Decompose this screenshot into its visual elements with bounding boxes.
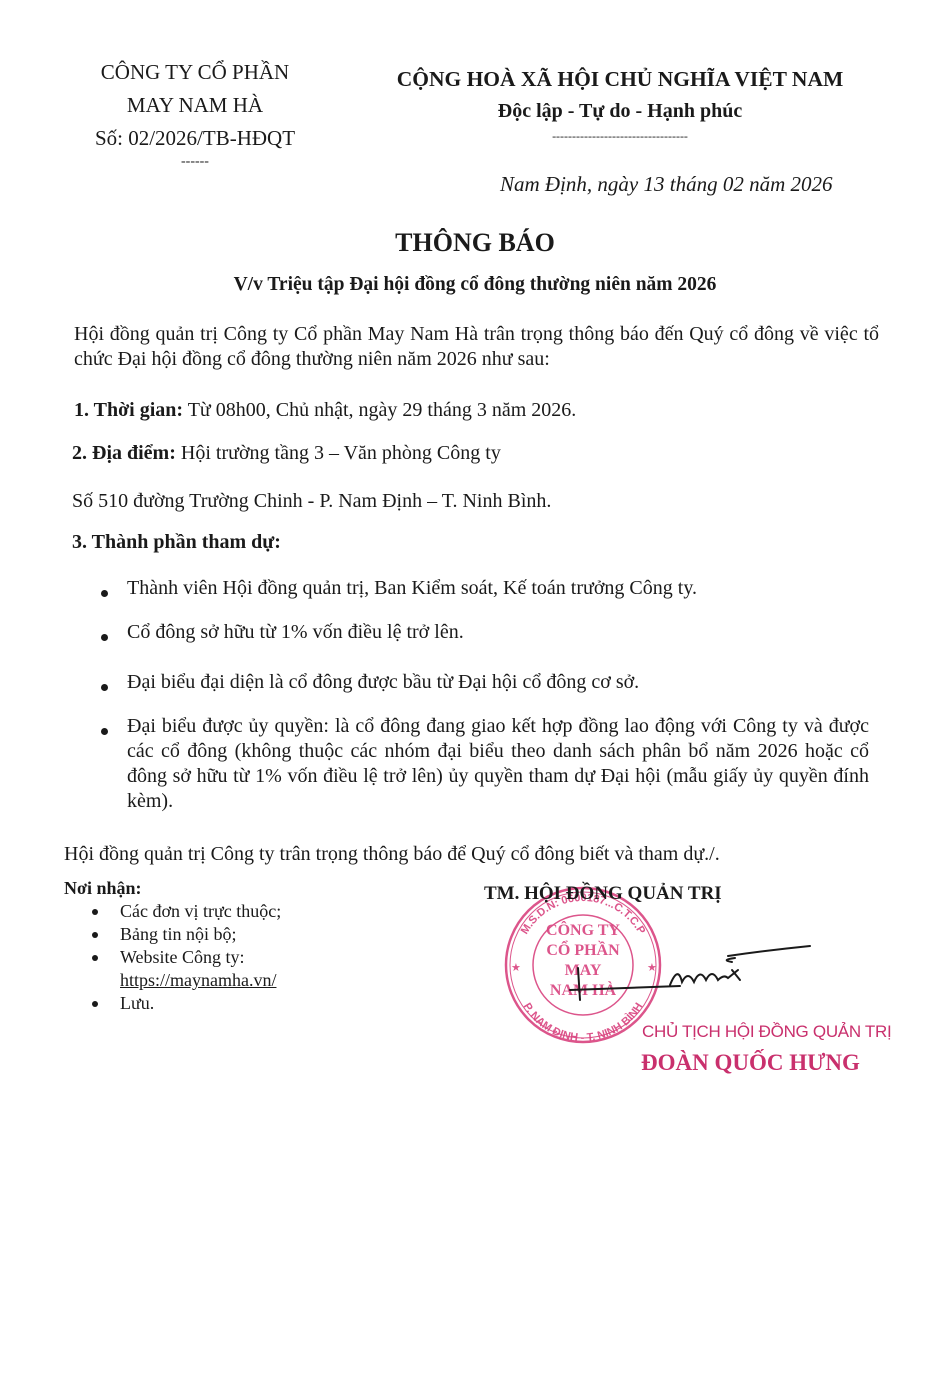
recipient-text: Website Công ty: xyxy=(120,947,245,967)
recipient-item: Bảng tin nội bộ; xyxy=(90,923,281,946)
svg-text:CÔNG TY: CÔNG TY xyxy=(546,920,620,939)
bullet-icon xyxy=(92,955,98,961)
attendees-heading: 3. Thành phần tham dự: xyxy=(72,531,281,553)
recipients-list: Các đơn vị trực thuộc; Bảng tin nội bộ; … xyxy=(90,900,281,1015)
bullet-icon xyxy=(92,909,98,915)
closing-paragraph: Hội đồng quản trị Công ty trân trọng thô… xyxy=(64,842,720,867)
attendee-text: Thành viên Hội đồng quản trị, Ban Kiểm s… xyxy=(127,576,697,601)
recipient-text: Lưu. xyxy=(120,993,154,1013)
svg-text:★: ★ xyxy=(511,962,521,974)
section-location: 2. Địa điểm: Hội trường tầng 3 – Văn phò… xyxy=(72,441,501,466)
recipient-item: Lưu. xyxy=(90,992,281,1015)
nation-title: CỘNG HOÀ XÃ HỘI CHỦ NGHĨA VIỆT NAM xyxy=(385,62,855,96)
signer-role: CHỦ TỊCH HỘI ĐỒNG QUẢN TRỊ xyxy=(642,1022,891,1042)
recipient-website: https://maynamha.vn/ xyxy=(90,969,281,992)
motto-separator: ---------------------------------- xyxy=(385,130,855,142)
recipient-item: Website Công ty: xyxy=(90,946,281,969)
national-header: CỘNG HOÀ XÃ HỘI CHỦ NGHĨA VIỆT NAM Độc l… xyxy=(385,62,855,142)
date-line: Nam Định, ngày 13 tháng 02 năm 2026 xyxy=(500,172,833,197)
document-title: THÔNG BÁO xyxy=(0,228,950,258)
issuer-separator: ------ xyxy=(60,155,330,169)
bullet-icon xyxy=(101,684,108,691)
section-time: 1. Thời gian: Từ 08h00, Chủ nhật, ngày 2… xyxy=(74,398,576,423)
section-location-address: Số 510 đường Trường Chinh - P. Nam Định … xyxy=(72,489,551,514)
signer-name: ĐOÀN QUỐC HƯNG xyxy=(641,1050,860,1076)
company-name-line2: MAY NAM HÀ xyxy=(60,89,330,122)
signature-on-behalf: TM. HỘI ĐỒNG QUẢN TRỊ xyxy=(484,883,722,905)
section-location-label: 2. Địa điểm: xyxy=(72,442,176,464)
handwritten-signature-icon xyxy=(560,940,820,1010)
recipients-title: Nơi nhận: xyxy=(64,877,142,900)
company-name-line1: CÔNG TY CỔ PHẦN xyxy=(60,56,330,89)
document-page: CÔNG TY CỔ PHẦN MAY NAM HÀ Số: 02/2026/T… xyxy=(0,0,950,1392)
bullet-icon xyxy=(101,728,108,735)
intro-paragraph: Hội đồng quản trị Công ty Cổ phần May Na… xyxy=(74,322,879,372)
national-motto: Độc lập - Tự do - Hạnh phúc xyxy=(385,96,855,126)
section-time-value: Từ 08h00, Chủ nhật, ngày 29 tháng 3 năm … xyxy=(183,399,576,421)
attendee-text: Đại biểu đại diện là cổ đông được bầu từ… xyxy=(127,670,639,695)
bullet-icon xyxy=(101,634,108,641)
bullet-icon xyxy=(92,932,98,938)
bullet-icon xyxy=(101,590,108,597)
document-subtitle: V/v Triệu tập Đại hội đồng cổ đông thườn… xyxy=(0,274,950,296)
recipient-text: Bảng tin nội bộ; xyxy=(120,924,237,944)
section-time-label: 1. Thời gian: xyxy=(74,399,183,421)
document-number: Số: 02/2026/TB-HĐQT xyxy=(60,122,330,155)
recipient-item: Các đơn vị trực thuộc; xyxy=(90,900,281,923)
website-link[interactable]: https://maynamha.vn/ xyxy=(120,970,276,990)
attendee-text: Đại biểu được ủy quyền: là cổ đông đang … xyxy=(127,714,869,814)
attendee-text: Cổ đông sở hữu từ 1% vốn điều lệ trở lên… xyxy=(127,620,464,645)
section-location-value: Hội trường tầng 3 – Văn phòng Công ty xyxy=(176,442,501,464)
bullet-icon xyxy=(92,1001,98,1007)
section-attendees-label: 3. Thành phần tham dự: xyxy=(72,530,281,555)
issuer-block: CÔNG TY CỔ PHẦN MAY NAM HÀ Số: 02/2026/T… xyxy=(60,56,330,169)
recipient-text: Các đơn vị trực thuộc; xyxy=(120,901,281,921)
